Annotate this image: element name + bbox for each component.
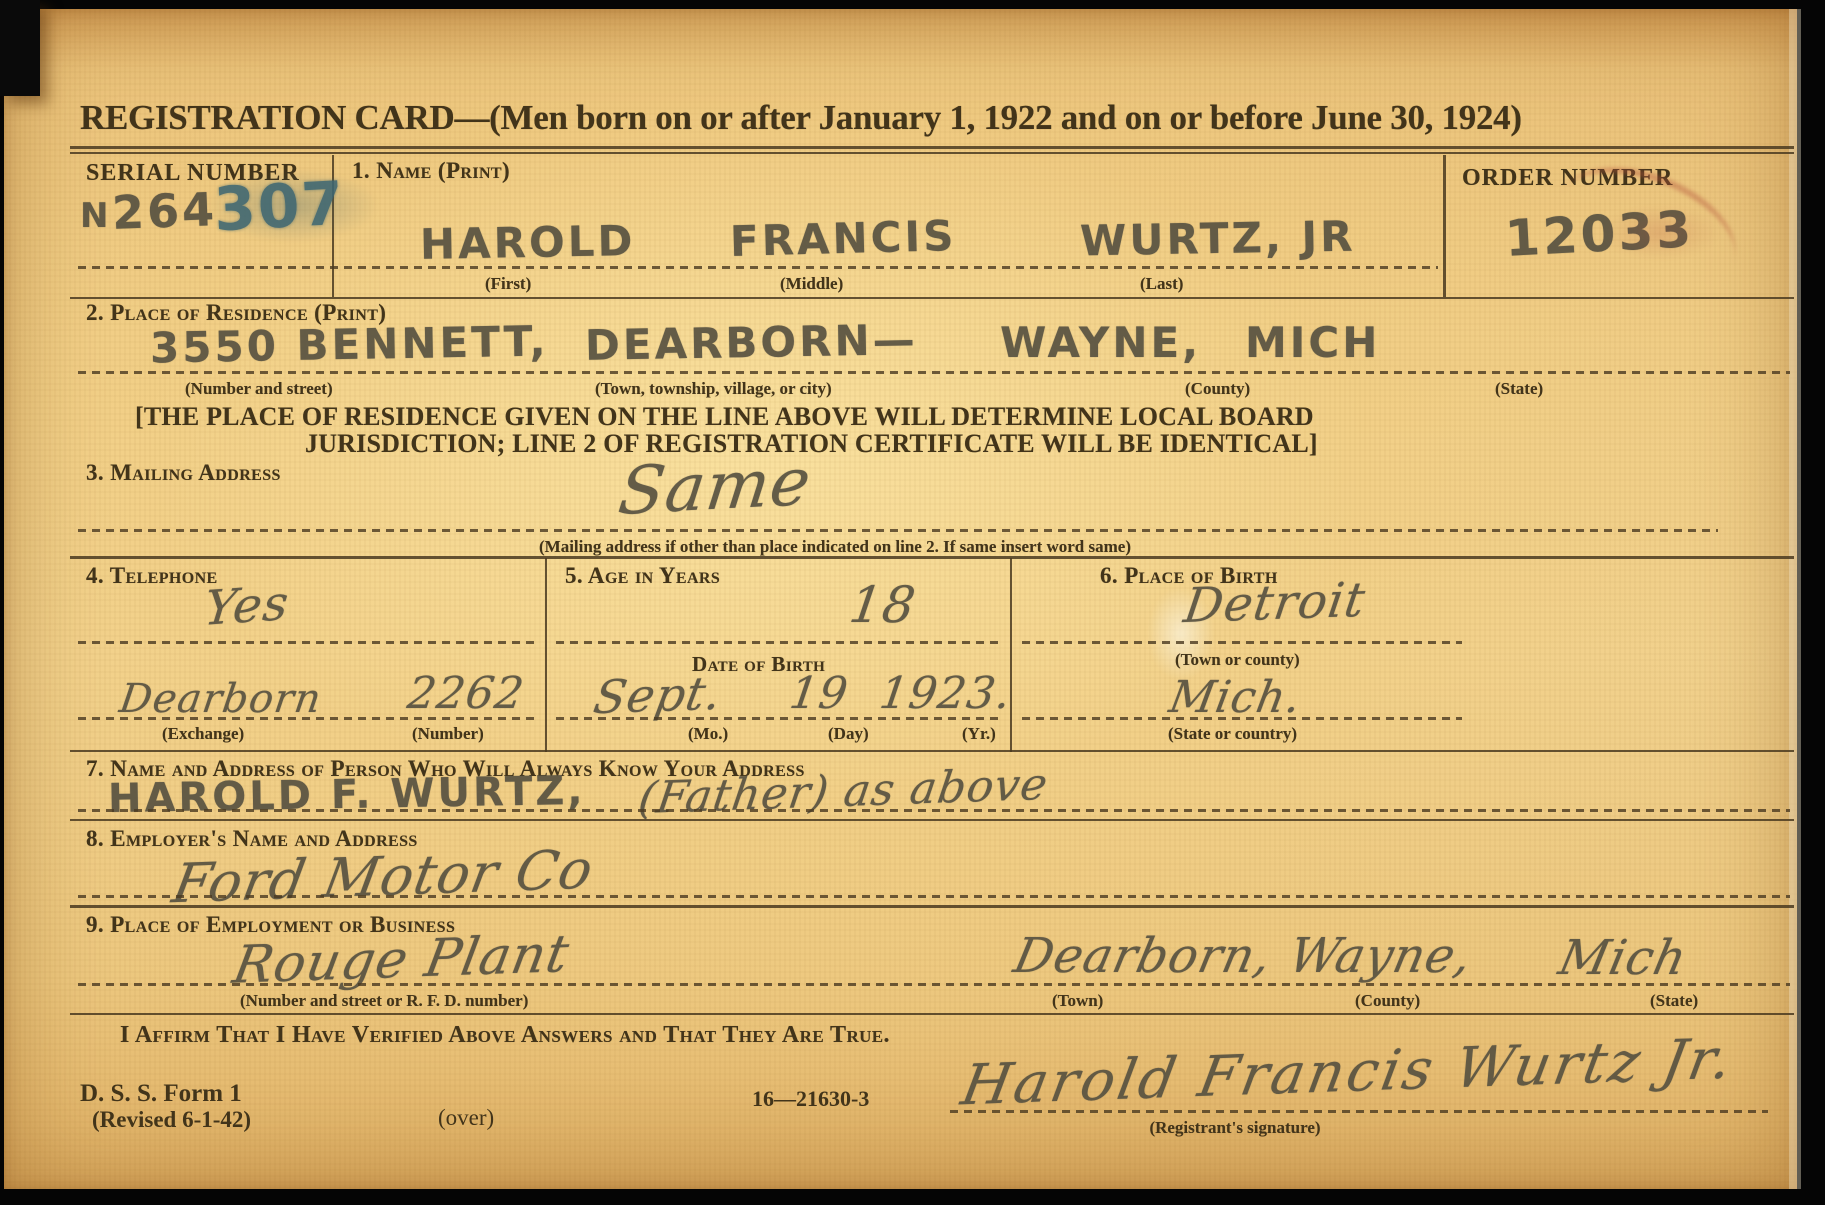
serial-prefix-value: N (80, 196, 111, 236)
employer-write-line (78, 895, 1790, 898)
birth-town-sub: (Town or county) (1175, 650, 1300, 670)
residence-state-value: MICH (1245, 318, 1380, 367)
mailing-value: Same (614, 443, 815, 530)
residence-write-line (78, 371, 1790, 374)
dob-write-line (556, 717, 1002, 720)
ink-smudge (1600, 205, 1720, 260)
birth-day-value: 19 (786, 668, 851, 719)
divider (70, 146, 1794, 149)
birth-year-value: 1923. (876, 668, 1014, 719)
registration-card: REGISTRATION CARD—(Men born on or after … (0, 0, 1825, 1205)
employment-county-value: Wayne, (1284, 928, 1477, 984)
print-code: 16—21630-3 (752, 1086, 869, 1112)
birth-month-value: Sept. (590, 666, 727, 724)
telephone-answer-value: Yes (202, 575, 292, 637)
affirmation-text: I Affirm That I Have Verified Above Answ… (120, 1022, 890, 1049)
residence-state-sub: (State) (1495, 379, 1543, 399)
employment-county-sub: (County) (1355, 991, 1420, 1011)
name-label: 1. Name (Print) (352, 158, 510, 184)
employment-town-value: Dearborn, (1009, 928, 1277, 984)
birth-month-sub: (Mo.) (688, 724, 728, 744)
residence-town-value: DEARBORN— (585, 315, 918, 370)
birth-day-sub: (Day) (828, 724, 869, 744)
divider (70, 1013, 1794, 1015)
divider (70, 297, 1794, 299)
telephone-write-line2 (78, 717, 540, 720)
divider (70, 152, 1794, 154)
divider (70, 556, 1794, 559)
card-title: REGISTRATION CARD—(Men born on or after … (80, 98, 1522, 138)
contact-print-value: HAROLD F. WURTZ, (108, 768, 586, 822)
telephone-exchange-sub: (Exchange) (162, 724, 244, 744)
name-first-sub: (First) (485, 274, 531, 294)
telephone-number-value: 2262 (404, 668, 527, 719)
residence-county-sub: (County) (1185, 379, 1250, 399)
divider (1443, 155, 1446, 297)
telephone-exchange-value: Dearborn (117, 676, 325, 722)
divider (70, 819, 1794, 821)
name-last-sub: (Last) (1140, 274, 1183, 294)
divider (545, 558, 547, 752)
serial-number-value: 264 (111, 182, 218, 240)
contact-write-line (78, 809, 1790, 812)
residence-county-value: WAYNE, (1000, 318, 1201, 367)
telephone-write-line (78, 641, 540, 644)
name-first-value: HAROLD (420, 216, 636, 269)
residence-town-sub: (Town, township, village, or city) (595, 379, 832, 399)
signature-write-line (950, 1110, 1768, 1113)
birth-state-write-line (1022, 717, 1462, 720)
age-write-line (556, 641, 1002, 644)
residence-street-sub: (Number and street) (185, 379, 333, 399)
divider (1010, 558, 1012, 752)
birth-state-value: Mich. (1166, 672, 1306, 723)
telephone-number-sub: (Number) (412, 724, 484, 744)
employment-write-line (78, 983, 1790, 986)
birth-town-value: Detroit (1181, 572, 1370, 634)
mailing-label: 3. Mailing Address (86, 460, 281, 486)
mailing-sub: (Mailing address if other than place ind… (455, 537, 1215, 557)
age-value: 18 (846, 576, 920, 634)
telephone-label: 4. Telephone (86, 563, 218, 589)
over-note: (over) (438, 1105, 494, 1131)
employment-state-value: Mich (1554, 930, 1692, 986)
form-number: D. S. S. Form 1 (80, 1080, 242, 1108)
residence-street-value: 3550 BENNETT, (150, 317, 549, 373)
employment-place-sub: (Number and street or R. F. D. number) (240, 991, 528, 1011)
mailing-write-line (78, 529, 1718, 532)
divider (70, 750, 1794, 752)
birth-state-sub: (State or country) (1168, 724, 1297, 744)
scan-edge (1789, 9, 1801, 1189)
employment-town-sub: (Town) (1052, 991, 1103, 1011)
serial-stamp-value: 307 (212, 169, 347, 246)
scan-corner (0, 0, 40, 96)
age-label: 5. Age in Years (565, 563, 720, 589)
employment-state-sub: (State) (1650, 991, 1698, 1011)
board-notice-line1: [THE PLACE OF RESIDENCE GIVEN ON THE LIN… (135, 402, 1314, 432)
name-last-value: WURTZ, JR (1080, 212, 1356, 266)
divider (70, 905, 1794, 908)
form-revision: (Revised 6-1-42) (92, 1107, 251, 1133)
birth-town-write-line (1022, 641, 1462, 644)
name-write-line (78, 266, 1438, 269)
birth-year-sub: (Yr.) (962, 724, 996, 744)
signature-sub: (Registrant's signature) (1055, 1118, 1415, 1138)
name-middle-sub: (Middle) (780, 274, 843, 294)
name-middle-value: FRANCIS (729, 211, 957, 266)
